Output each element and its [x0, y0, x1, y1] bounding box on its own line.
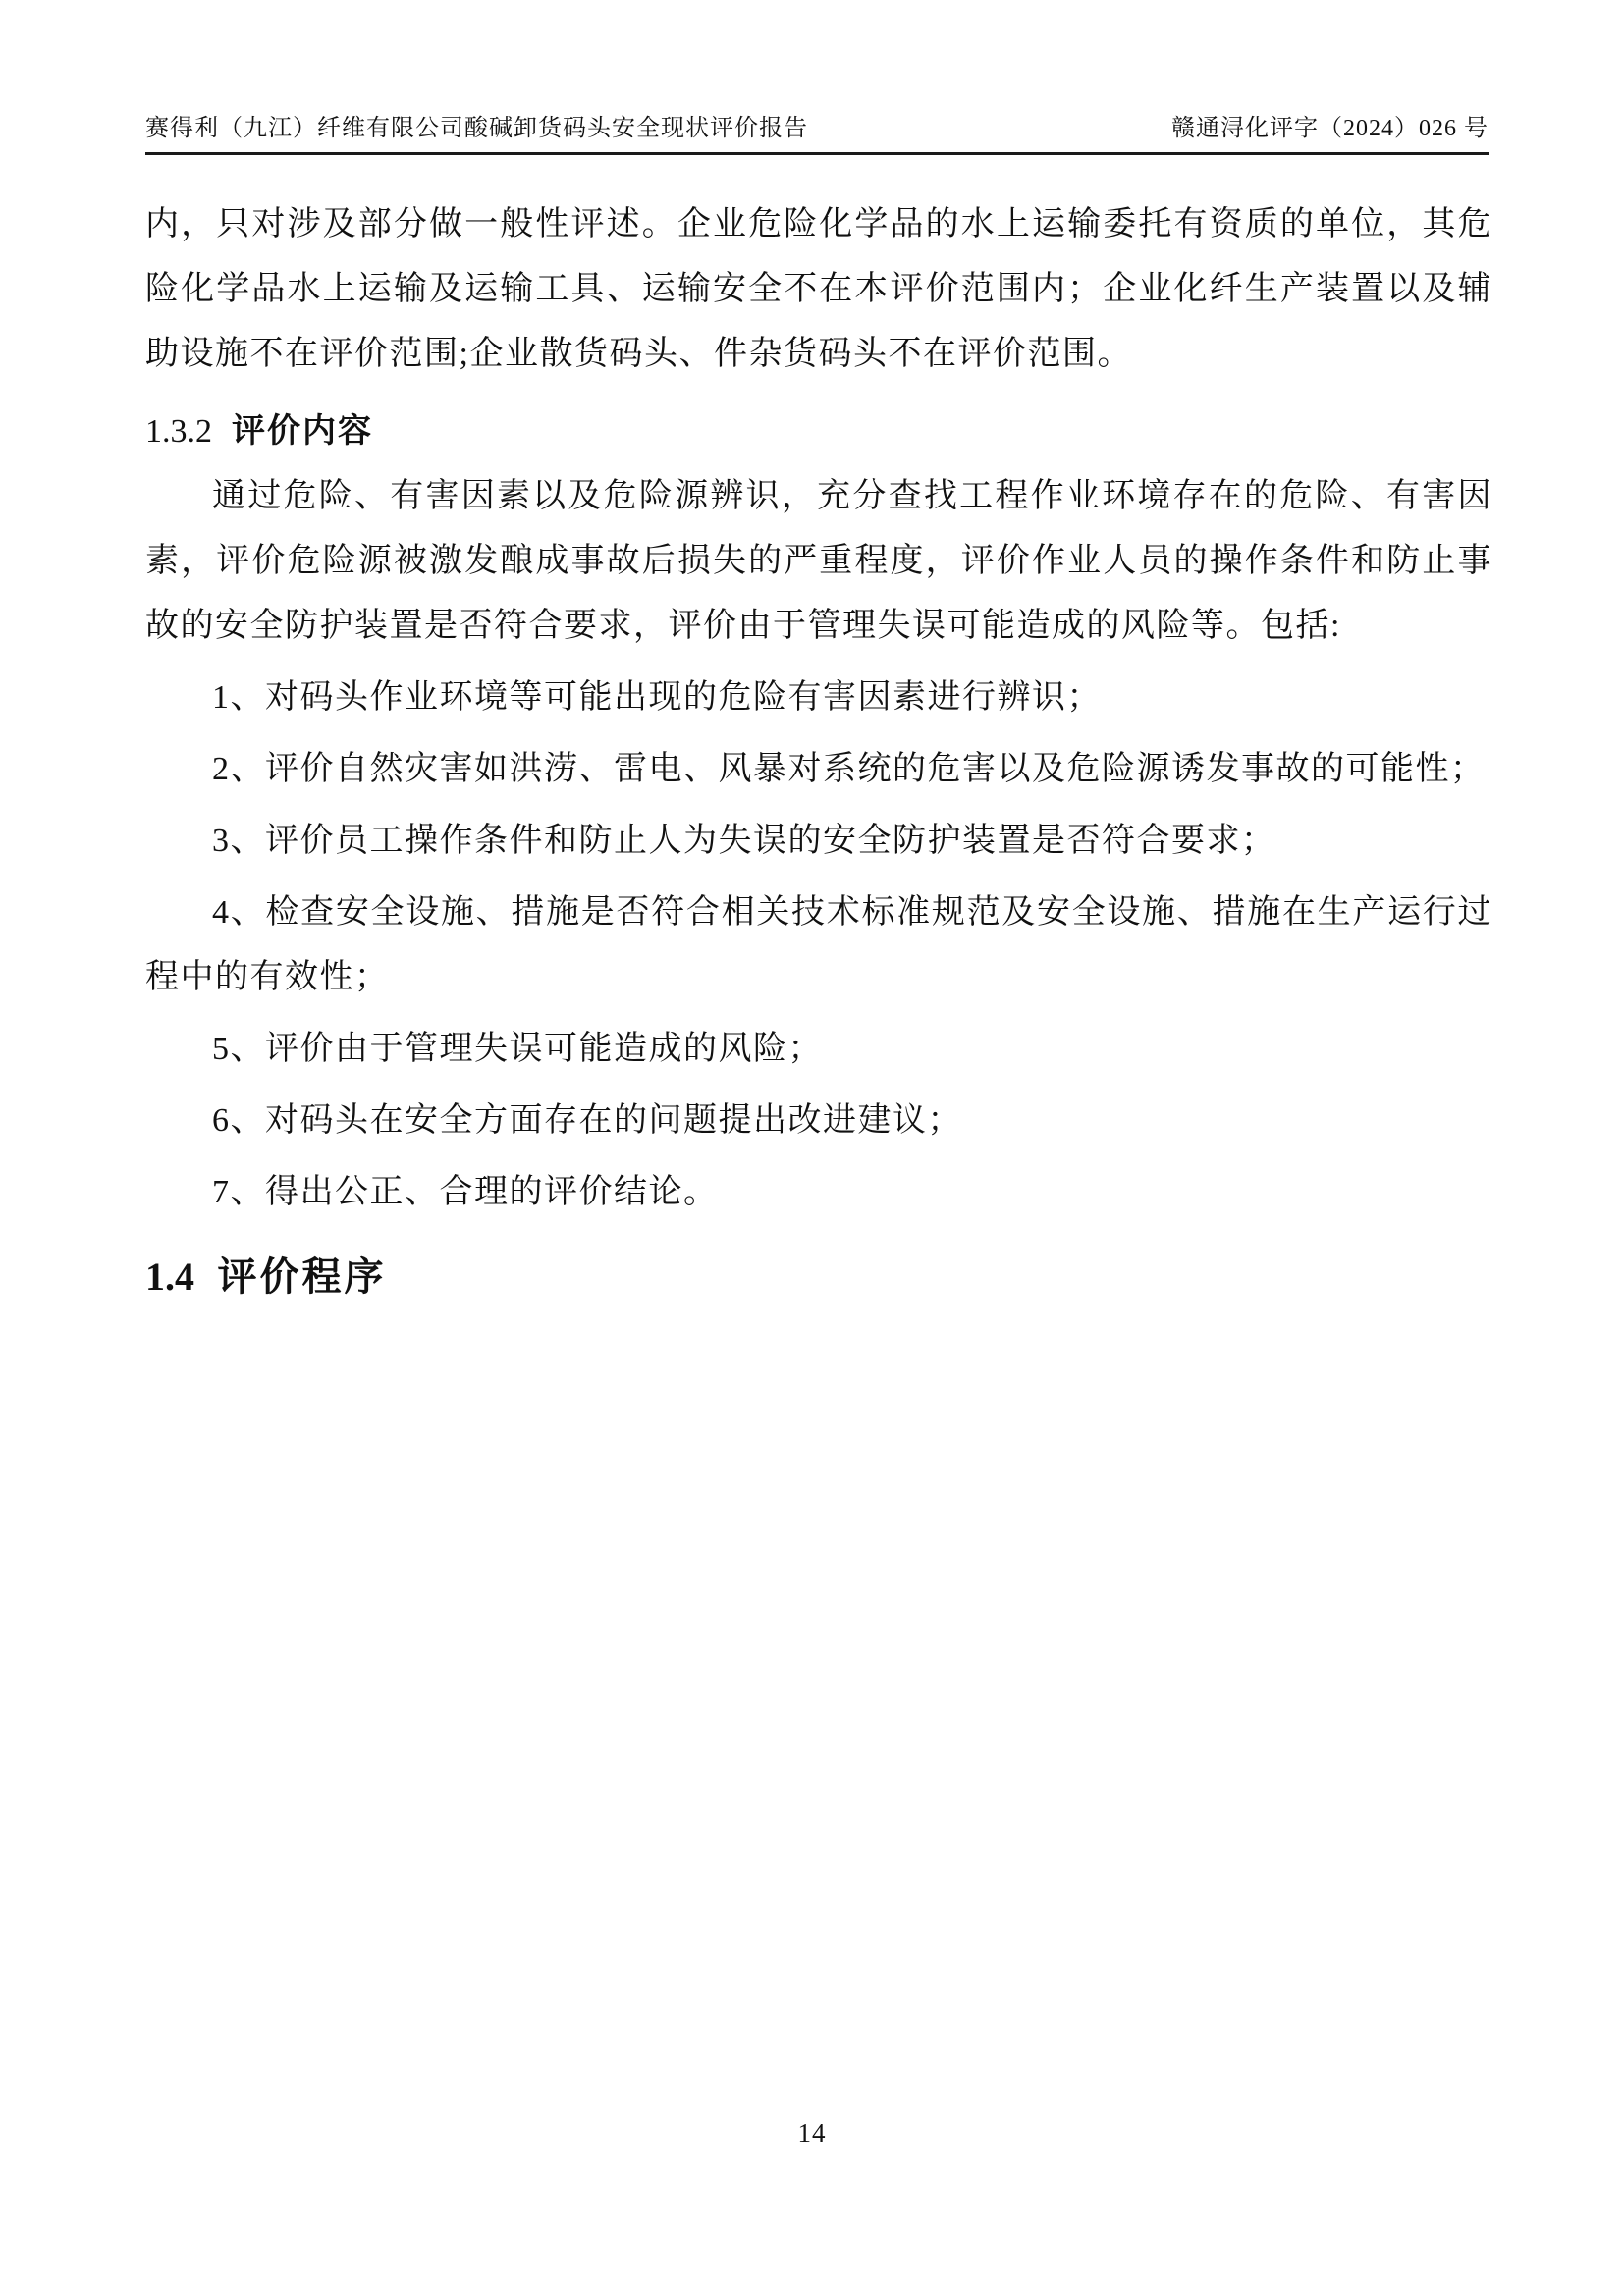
heading-1-4: 1.4 评价程序 — [145, 1251, 1492, 1304]
paragraph-scope-continuation: 内，只对涉及部分做一般性评述。企业危险化学品的水上运输委托有资质的单位，其危险化… — [145, 192, 1492, 387]
document-page: 赛得利（九江）纤维有限公司酸碱卸货码头安全现状评价报告 赣通浔化评字（2024）… — [0, 0, 1624, 2296]
heading-1-3-2-title: 评价内容 — [232, 412, 373, 450]
page-number: 14 — [798, 2118, 827, 2148]
list-item-3: 3、评价员工操作条件和防止人为失误的安全防护装置是否符合要求； — [145, 809, 1492, 874]
list-item-2: 2、评价自然灾害如洪涝、雷电、风暴对系统的危害以及危险源诱发事故的可能性； — [145, 737, 1492, 802]
list-item-1: 1、对码头作业环境等可能出现的危险有害因素进行辨识； — [145, 666, 1492, 730]
page-header: 赛得利（九江）纤维有限公司酸碱卸货码头安全现状评价报告 赣通浔化评字（2024）… — [145, 108, 1489, 155]
page-body: 内，只对涉及部分做一般性评述。企业危险化学品的水上运输委托有资质的单位，其危险化… — [145, 192, 1492, 1304]
list-item-7: 7、得出公正、合理的评价结论。 — [145, 1160, 1492, 1225]
paragraph-evaluation-content: 通过危险、有害因素以及危险源辨识，充分查找工程作业环境存在的危险、有害因素，评价… — [145, 464, 1492, 659]
heading-1-4-title: 评价程序 — [218, 1255, 387, 1299]
heading-1-3-2-number: 1.3.2 — [145, 413, 212, 450]
page-footer: 14 — [0, 2118, 1624, 2149]
heading-1-3-2: 1.3.2 评价内容 — [145, 408, 1492, 454]
list-item-5: 5、评价由于管理失误可能造成的风险； — [145, 1017, 1492, 1082]
list-item-6: 6、对码头在安全方面存在的问题提出改进建议； — [145, 1089, 1492, 1153]
list-item-4: 4、检查安全设施、措施是否符合相关技术标准规范及安全设施、措施在生产运行过程中的… — [145, 881, 1492, 1010]
header-document-number: 赣通浔化评字（2024）026 号 — [1171, 108, 1489, 142]
heading-1-4-number: 1.4 — [145, 1255, 194, 1299]
header-report-title: 赛得利（九江）纤维有限公司酸碱卸货码头安全现状评价报告 — [145, 108, 808, 142]
